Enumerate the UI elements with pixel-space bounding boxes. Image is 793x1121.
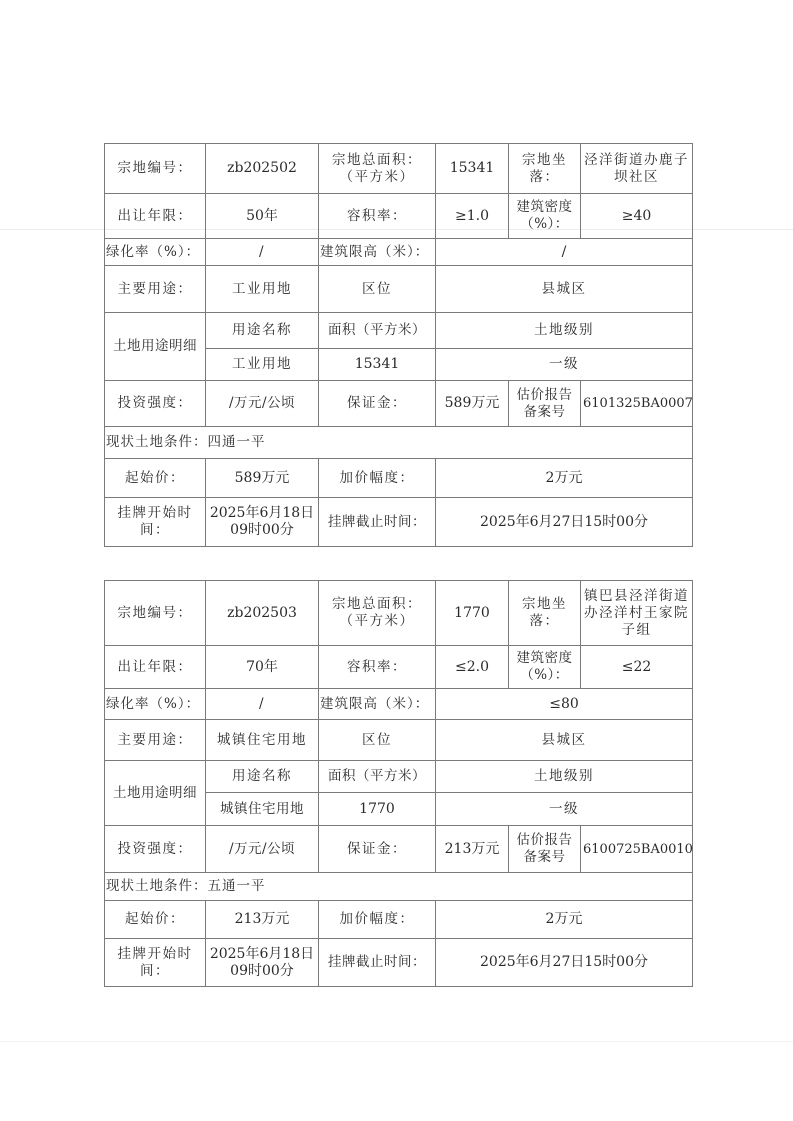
label-start-price: 起始价： (105, 459, 206, 498)
label-investment: 投资强度： (105, 381, 206, 427)
label-deposit: 保证金： (319, 826, 436, 873)
value-use-area: 1770 (319, 793, 436, 826)
value-listing-end: 2025年6月27日15时00分 (436, 939, 693, 987)
label-location: 宗地坐落： (509, 581, 581, 646)
value-start-price: 589万元 (206, 459, 319, 498)
condition-cell: 现状土地条件：五通一平 (105, 873, 693, 901)
value-use-name: 工业用地 (206, 349, 319, 381)
row-greening: 绿化率（%）： / 建筑限高（米）： / (105, 239, 693, 266)
value-greening: / (206, 239, 319, 266)
row-basic: 宗地编号： zb202503 宗地总面积：（平方米） 1770 宗地坐落： 镇巴… (105, 581, 693, 646)
row-investment: 投资强度： /万元/公顷 保证金： 589万元 估价报告备案号 6101325B… (105, 381, 693, 427)
label-main-use: 主要用途： (105, 266, 206, 313)
value-listing-end: 2025年6月27日15时00分 (436, 498, 693, 547)
value-land-grade: 一级 (436, 793, 693, 826)
label-zone: 区位 (319, 720, 436, 761)
value-total-area: 1770 (436, 581, 509, 646)
label-parcel-no: 宗地编号： (105, 144, 206, 194)
label-term: 出让年限： (105, 646, 206, 689)
parcel-table-2: 宗地编号： zb202503 宗地总面积：（平方米） 1770 宗地坐落： 镇巴… (104, 580, 693, 987)
value-far: ≤2.0 (436, 646, 509, 689)
value-listing-start: 2025年6月18日09时00分 (206, 498, 319, 547)
row-listing-time: 挂牌开始时间： 2025年6月18日09时00分 挂牌截止时间： 2025年6月… (105, 939, 693, 987)
value-listing-start: 2025年6月18日09时00分 (206, 939, 319, 987)
row-term: 出让年限： 50年 容积率： ≥1.0 建筑密度（%）： ≥40 (105, 194, 693, 239)
row-price: 起始价： 213万元 加价幅度： 2万元 (105, 901, 693, 939)
header-use-name: 用途名称 (206, 313, 319, 349)
value-term: 50年 (206, 194, 319, 239)
label-height-limit: 建筑限高（米）： (319, 239, 436, 266)
row-price: 起始价： 589万元 加价幅度： 2万元 (105, 459, 693, 498)
value-appraisal-no: 6101325BA0007 (581, 381, 693, 427)
value-greening: / (206, 689, 319, 720)
label-increment: 加价幅度： (319, 459, 436, 498)
value-investment: /万元/公顷 (206, 381, 319, 427)
value-main-use: 工业用地 (206, 266, 319, 313)
value-investment: /万元/公顷 (206, 826, 319, 873)
label-density: 建筑密度（%）： (509, 646, 581, 689)
value-land-grade: 一级 (436, 349, 693, 381)
header-area: 面积（平方米） (319, 761, 436, 793)
condition-cell: 现状土地条件：四通一平 (105, 427, 693, 459)
header-use-name: 用途名称 (206, 761, 319, 793)
row-condition: 现状土地条件：五通一平 (105, 873, 693, 901)
value-deposit: 589万元 (436, 381, 509, 427)
row-investment: 投资强度： /万元/公顷 保证金： 213万元 估价报告备案号 6100725B… (105, 826, 693, 873)
label-main-use: 主要用途： (105, 720, 206, 761)
label-deposit: 保证金： (319, 381, 436, 427)
value-increment: 2万元 (436, 459, 693, 498)
label-listing-end: 挂牌截止时间： (319, 939, 436, 987)
value-height-limit: / (436, 239, 693, 266)
label-total-area: 宗地总面积：（平方米） (319, 581, 436, 646)
row-term: 出让年限： 70年 容积率： ≤2.0 建筑密度（%）： ≤22 (105, 646, 693, 689)
label-start-price: 起始价： (105, 901, 206, 939)
value-use-name: 城镇住宅用地 (206, 793, 319, 826)
value-zone: 县城区 (436, 266, 693, 313)
label-use-detail: 土地用途明细 (105, 761, 206, 826)
label-location: 宗地坐落： (509, 144, 581, 194)
value-appraisal-no: 6100725BA0010 (581, 826, 693, 873)
value-deposit: 213万元 (436, 826, 509, 873)
label-greening: 绿化率（%）： (105, 689, 206, 720)
row-main-use: 主要用途： 工业用地 区位 县城区 (105, 266, 693, 313)
label-listing-end: 挂牌截止时间： (319, 498, 436, 547)
label-far: 容积率： (319, 646, 436, 689)
label-appraisal: 估价报告备案号 (509, 381, 581, 427)
label-zone: 区位 (319, 266, 436, 313)
value-parcel-no: zb202502 (206, 144, 319, 194)
header-area: 面积（平方米） (319, 313, 436, 349)
row-listing-time: 挂牌开始时间： 2025年6月18日09时00分 挂牌截止时间： 2025年6月… (105, 498, 693, 547)
value-condition: 四通一平 (208, 434, 266, 450)
label-density: 建筑密度（%）： (509, 194, 581, 239)
label-far: 容积率： (319, 194, 436, 239)
value-use-area: 15341 (319, 349, 436, 381)
row-main-use: 主要用途： 城镇住宅用地 区位 县城区 (105, 720, 693, 761)
value-height-limit: ≤80 (436, 689, 693, 720)
scan-artifact-line (0, 1041, 793, 1042)
value-density: ≤22 (581, 646, 693, 689)
label-appraisal: 估价报告备案号 (509, 826, 581, 873)
label-listing-start: 挂牌开始时间： (105, 498, 206, 547)
value-main-use: 城镇住宅用地 (206, 720, 319, 761)
value-start-price: 213万元 (206, 901, 319, 939)
value-increment: 2万元 (436, 901, 693, 939)
value-condition: 五通一平 (208, 878, 266, 894)
label-greening: 绿化率（%）： (105, 239, 206, 266)
label-condition: 现状土地条件： (106, 878, 208, 894)
label-condition: 现状土地条件： (106, 434, 208, 450)
label-investment: 投资强度： (105, 826, 206, 873)
value-term: 70年 (206, 646, 319, 689)
row-greening: 绿化率（%）： / 建筑限高（米）： ≤80 (105, 689, 693, 720)
label-listing-start: 挂牌开始时间： (105, 939, 206, 987)
label-height-limit: 建筑限高（米）： (319, 689, 436, 720)
value-location: 泾洋街道办鹿子坝社区 (581, 144, 693, 194)
parcel-table-1: 宗地编号： zb202502 宗地总面积：（平方米） 15341 宗地坐落： 泾… (104, 143, 693, 547)
row-basic: 宗地编号： zb202502 宗地总面积：（平方米） 15341 宗地坐落： 泾… (105, 144, 693, 194)
label-term: 出让年限： (105, 194, 206, 239)
header-land-grade: 土地级别 (436, 313, 693, 349)
value-density: ≥40 (581, 194, 693, 239)
value-parcel-no: zb202503 (206, 581, 319, 646)
header-land-grade: 土地级别 (436, 761, 693, 793)
value-total-area: 15341 (436, 144, 509, 194)
label-increment: 加价幅度： (319, 901, 436, 939)
value-zone: 县城区 (436, 720, 693, 761)
label-use-detail: 土地用途明细 (105, 313, 206, 381)
row-use-detail-header: 土地用途明细 用途名称 面积（平方米） 土地级别 (105, 313, 693, 349)
row-use-detail-header: 土地用途明细 用途名称 面积（平方米） 土地级别 (105, 761, 693, 793)
value-far: ≥1.0 (436, 194, 509, 239)
label-total-area: 宗地总面积：（平方米） (319, 144, 436, 194)
label-parcel-no: 宗地编号： (105, 581, 206, 646)
value-location: 镇巴县泾洋街道办泾洋村王家院子组 (581, 581, 693, 646)
row-condition: 现状土地条件：四通一平 (105, 427, 693, 459)
